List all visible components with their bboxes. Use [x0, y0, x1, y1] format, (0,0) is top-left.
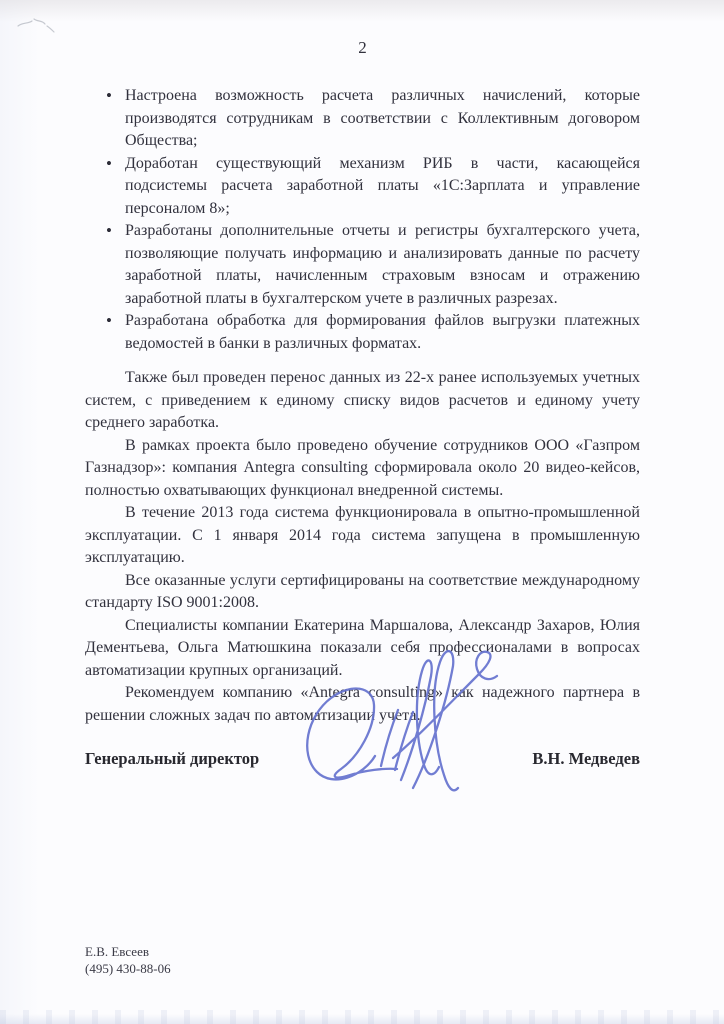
- bullet-item: Настроена возможность расчета различных …: [125, 85, 640, 153]
- paragraph: Рекомендуем компанию «Antegra consulting…: [85, 682, 640, 727]
- pencil-scribble-artifact: [14, 10, 74, 40]
- document-page: 2 Настроена возможность расчета различны…: [0, 0, 724, 1024]
- paragraph: В течение 2013 года система функциониров…: [85, 502, 640, 570]
- bullet-item: Доработан существующий механизм РИБ в ча…: [125, 153, 640, 221]
- bullet-list: Настроена возможность расчета различных …: [85, 85, 640, 355]
- paragraph: В рамках проекта было проведено обучение…: [85, 435, 640, 503]
- signer-title: Генеральный директор: [85, 749, 259, 769]
- footer-phone: (495) 430-88-06: [85, 960, 171, 977]
- footer-contact-name: Е.В. Евсеев: [85, 943, 171, 960]
- body-paragraphs: Также был проведен перенос данных из 22-…: [85, 367, 640, 727]
- paragraph: Также был проведен перенос данных из 22-…: [85, 367, 640, 435]
- paragraph: Все оказанные услуги сертифицированы на …: [85, 570, 640, 615]
- bullet-item: Разработаны дополнительные отчеты и реги…: [125, 220, 640, 310]
- page-number: 2: [85, 38, 640, 58]
- bullet-item: Разработана обработка для формирования ф…: [125, 310, 640, 355]
- footer-contact-block: Е.В. Евсеев (495) 430-88-06: [85, 943, 171, 977]
- signer-name: В.Н. Медведев: [532, 749, 640, 769]
- paragraph: Специалисты компании Екатерина Маршалова…: [85, 615, 640, 683]
- signoff-row: Генеральный директор В.Н. Медведев: [85, 749, 640, 769]
